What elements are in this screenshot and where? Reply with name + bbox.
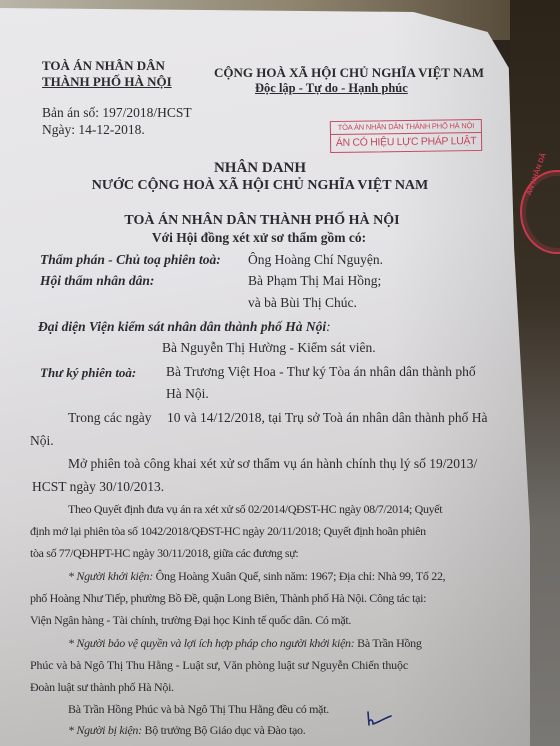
decision-line2: định mở lại phiên tòa số 1042/2018/QĐST-…	[30, 524, 426, 539]
stamp-status: ÁN CÓ HIỆU LỰC PHÁP LUẬT	[331, 133, 481, 152]
judgment-date: Ngày: 14-12-2018.	[42, 122, 145, 138]
document-page: TOÀ ÁN NHÂN DÂN THÀNH PHỐ HÀ NỘI CỘNG HO…	[0, 8, 530, 746]
presiding-judge-label: Thẩm phán - Chủ toạ phiên toà:	[40, 252, 221, 268]
clerk-value-line1: Bà Trương Việt Hoa - Thư ký Tòa án nhân …	[166, 364, 476, 380]
plaintiff-value: Ông Hoàng Xuân Quế, sinh năm: 1967; Địa …	[156, 569, 446, 583]
clerk-value-line2: Hà Nội.	[166, 386, 209, 402]
defender-value: Bà Trần Hồng	[357, 636, 421, 650]
defender-line2: Phúc và bà Ngô Thị Thu Hằng - Luật sư, V…	[30, 658, 408, 673]
nation-title: CỘNG HOÀ XÃ HỘI CHỦ NGHĨA VIỆT NAM	[214, 65, 484, 81]
defendant-value: Bộ trưởng Bộ Giáo dục và Đào tạo.	[145, 723, 306, 737]
defender-label: * Người bảo vệ quyền và lợi ích hợp pháp…	[68, 636, 354, 650]
case-open-line1: Mở phiên toà công khai xét xử sơ thẩm vụ…	[68, 456, 477, 472]
jurors-label: Hội thẩm nhân dân:	[40, 273, 154, 289]
procuracy-colon: :	[326, 319, 331, 334]
title-court: TOÀ ÁN NHÂN DÂN THÀNH PHỐ HÀ NỘI	[0, 213, 530, 229]
defendant-line: * Người bị kiện: Bộ trưởng Bộ Giáo dục v…	[68, 723, 305, 738]
court-name-line1: TOÀ ÁN NHÂN DÂN	[42, 58, 165, 74]
session-dates-a: Trong các ngày	[68, 410, 152, 426]
plaintiff-label: * Người khởi kiện:	[68, 569, 153, 583]
plaintiff-line3: Viện Ngân hàng - Tài chính, trường Đại h…	[30, 613, 351, 628]
juror-1: Bà Phạm Thị Mai Hồng;	[248, 273, 381, 289]
signature-mark	[365, 711, 395, 731]
defender-line1: * Người bảo vệ quyền và lợi ích hợp pháp…	[68, 636, 422, 651]
presiding-judge-value: Ông Hoàng Chí Nguyện.	[248, 252, 383, 268]
defendant-label: * Người bị kiện:	[68, 723, 142, 737]
presence-statement: Bà Trần Hồng Phúc và bà Ngô Thị Thu Hằng…	[68, 702, 329, 717]
procuracy-value: Bà Nguyễn Thị Hường - Kiểm sát viên.	[162, 340, 376, 356]
plaintiff-line2: phố Hoàng Như Tiếp, phường Bồ Đề, quận L…	[30, 591, 426, 606]
court-name-line2: THÀNH PHỐ HÀ NỘI	[42, 74, 172, 90]
defender-line3: Đoàn luật sư thành phố Hà Nội.	[30, 680, 174, 695]
decision-line3: tòa số 77/QĐHPT-HC ngày 30/11/2018, giữa…	[30, 546, 298, 561]
procuracy-label: Đại diện Viện kiểm sát nhân dân thành ph…	[38, 319, 331, 335]
judgment-number: Bản án số: 197/2018/HCST	[42, 105, 192, 121]
session-dates-b: 10 và 14/12/2018, tại Trụ sở Toà án nhân…	[167, 410, 488, 426]
session-dates-line2: Nội.	[30, 433, 54, 449]
decision-line1: Theo Quyết định đưa vụ án ra xét xử số 0…	[68, 502, 442, 517]
title-in-the-name-of: NHÂN DANH	[0, 160, 530, 177]
procuracy-label-text: Đại diện Viện kiểm sát nhân dân thành ph…	[38, 319, 326, 334]
title-nation: NƯỚC CỘNG HOÀ XÃ HỘI CHỦ NGHĨA VIỆT NAM	[0, 178, 530, 194]
panel-intro: Với Hội đồng xét xử sơ thẩm gồm có:	[0, 230, 530, 246]
nation-motto: Độc lập - Tự do - Hạnh phúc	[255, 81, 408, 96]
case-open-line2: HCST ngày 30/10/2013.	[32, 479, 164, 495]
juror-2: và bà Bùi Thị Chúc.	[248, 295, 357, 311]
clerk-label: Thư ký phiên toà:	[40, 365, 136, 381]
plaintiff-line1: * Người khởi kiện: Ông Hoàng Xuân Quế, s…	[68, 569, 445, 584]
validity-stamp: TÒA ÁN NHÂN DÂN THÀNH PHỐ HÀ NỘI ÁN CÓ H…	[330, 119, 482, 153]
